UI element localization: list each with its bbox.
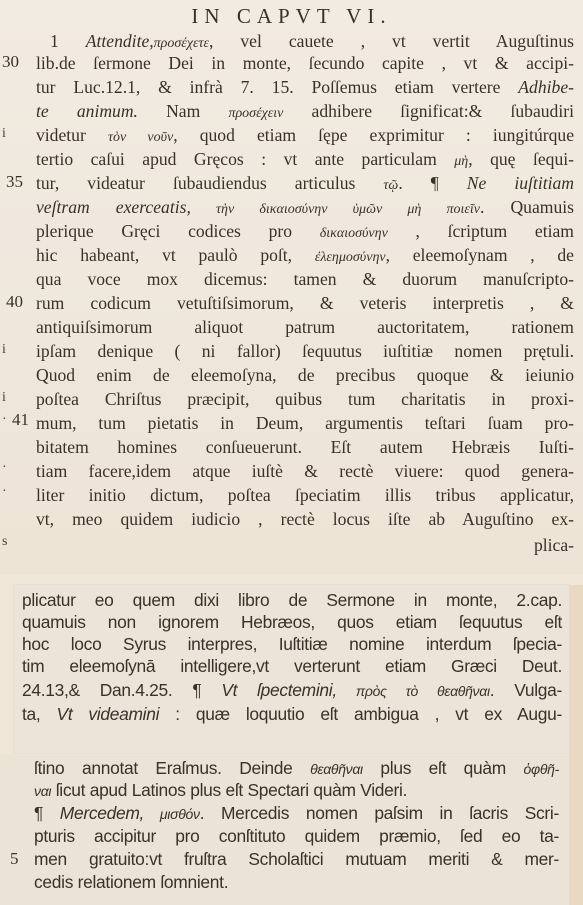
text-line: qua voce mox dicemus: tamen & duorum man… <box>36 268 574 290</box>
italic-lemma: Ne iuſtitiam <box>467 173 574 193</box>
latin-text: men gratuito:vt fruſtra Scholaſtici mutu… <box>34 849 559 869</box>
greek-text: θεαθῆναι <box>310 761 363 777</box>
text-line: tur Luc.12.1, & infrà 7. 15. Poſſemus et… <box>36 76 574 98</box>
text-line: rum codicum vetuſtiſsimorum, & veteris i… <box>36 292 574 314</box>
line-number: 41 <box>12 410 29 430</box>
greek-text: τῷ <box>383 178 398 193</box>
latin-text: , ſcriptum etiam <box>388 221 574 241</box>
text-line: ¶ Mercedem, μισθόν. Mercedis nomen paſsi… <box>34 803 559 825</box>
text-line: men gratuito:vt fruſtra Scholaſtici mutu… <box>34 849 559 870</box>
latin-text: plus eſt quàm <box>363 758 524 778</box>
greek-text: μισθόν <box>144 806 200 822</box>
text-line: hoc loco Syrus interpres, Iuſtitiæ nomin… <box>22 634 562 655</box>
text-line: pturis accipitur pro conſtituto quidem p… <box>34 826 559 847</box>
latin-text: , vel cauete , vt vertit Auguſtinus <box>209 31 574 51</box>
latin-text: ſicut apud Latinos plus eſt Spectari quà… <box>51 780 407 800</box>
text-line: Quod enim de eleemoſyna, de precibus quo… <box>36 364 574 386</box>
greek-text: ναι <box>34 783 51 799</box>
latin-text: 1 <box>50 31 86 51</box>
latin-text: ta, <box>22 704 57 724</box>
latin-text: tertio caſui apud Gręcos : vt ante parti… <box>36 149 454 169</box>
text-line: plerique Gręci codices pro δικαιοσύνην ,… <box>36 220 574 245</box>
latin-text: . Quamuis <box>480 197 574 217</box>
latin-text: hic habeant, vt paulò poſt, <box>36 245 315 265</box>
text-line: tim eleemoſynā intelligere,vt verterunt … <box>22 656 562 677</box>
latin-text: tur Luc.12.1, & infrà 7. 15. Poſſemus et… <box>36 77 518 97</box>
latin-text: bitatem homines conſueuerunt. Eſt autem … <box>36 437 574 457</box>
line-number: 30 <box>2 52 19 72</box>
line-number: 5 <box>10 849 19 869</box>
text-line: ta, Vt videamini : quæ loquutio eſt ambi… <box>22 704 562 725</box>
latin-text: mum, tum pietatis in Deum, argumentis te… <box>36 413 574 433</box>
italic-lemma: Vt ſpectemini, <box>221 680 337 700</box>
text-line: hic habeant, vt paulò poſt, ἐλεημοσύνην,… <box>36 244 574 269</box>
greek-text: τὸν νοῦν <box>108 130 173 145</box>
margin-mark: i <box>2 342 6 358</box>
text-line: quamuis non ignorem Hebræos, quos etiam … <box>22 612 562 633</box>
latin-text: ipſam denique ( ni fallor) ſequutus iuſt… <box>36 341 574 361</box>
latin-text: . Mercedis nomen paſsim in ſacris Scri- <box>200 803 559 823</box>
latin-text: liter initio dictum, poſtea ſpeciatim il… <box>36 485 574 505</box>
latin-text: : quæ loquutio eſt ambigua , vt ex Augu- <box>159 704 562 724</box>
greek-text: πρὸς τὸ θεαθῆναι <box>337 683 490 699</box>
running-header: IN CAPVT VI. <box>0 4 583 29</box>
text-line: antiquiſsimorum aliquot patrum auctorita… <box>36 316 574 338</box>
text-line: ipſam denique ( ni fallor) ſequutus iuſt… <box>36 340 574 362</box>
text-line: plicatur eo quem dixi libro de Sermone i… <box>22 590 562 611</box>
greek-text: τὴν δικαιοσύνην ὑμῶν μὴ ποιεῖν <box>191 202 480 217</box>
latin-text: ¶ <box>34 803 60 823</box>
latin-text: Quod enim de eleemoſyna, de precibus quo… <box>36 365 574 385</box>
page-edge <box>569 585 583 905</box>
text-line: te animum. Nam προσέχειν adhibere ſignif… <box>36 100 574 125</box>
italic-lemma: Mercedem, <box>60 803 144 823</box>
latin-text: adhibere ſignificat:& ſubaudiri <box>283 101 574 121</box>
text-line: plica- <box>36 534 574 556</box>
italic-lemma: veſtram exerceatis, <box>36 197 191 217</box>
italic-lemma: Adhibe- <box>518 77 574 97</box>
text-line: lib.de ſermone Dei in monte, ſecundo cap… <box>36 52 574 74</box>
greek-text: μὴ <box>454 154 468 169</box>
latin-text: videtur <box>36 125 108 145</box>
text-line: cedis relationem ſomnient. <box>34 872 559 893</box>
latin-text: plica- <box>534 535 574 555</box>
latin-text: qua voce mox dicemus: tamen & duorum man… <box>36 269 574 289</box>
latin-text: Nam <box>138 101 229 121</box>
text-line: ναι ſicut apud Latinos plus eſt Spectari… <box>34 780 559 802</box>
text-line: poſtea Chriſtus præcipit, quibus tum cha… <box>36 388 574 410</box>
latin-text: cedis relationem ſomnient. <box>34 872 228 892</box>
greek-text: δικαιοσύνην <box>320 226 388 241</box>
greek-text: ἐλεημοσύνην <box>315 250 386 265</box>
latin-text: hoc loco Syrus interpres, Iuſtitiæ nomin… <box>22 634 562 654</box>
latin-text: 24.13,& Dan.4.25. ¶ <box>22 680 221 700</box>
text-line: 24.13,& Dan.4.25. ¶ Vt ſpectemini, πρὸς … <box>22 680 562 702</box>
text-line: veſtram exerceatis, τὴν δικαιοσύνην ὑμῶν… <box>36 196 574 221</box>
greek-text: ὀφθῆ- <box>524 761 559 777</box>
margin-mark: i <box>2 126 6 142</box>
latin-text: tim eleemoſynā intelligere,vt verterunt … <box>22 656 562 676</box>
latin-text: , quę ſequi- <box>468 149 574 169</box>
latin-text: . Vulga- <box>490 680 562 700</box>
latin-text: , eleemoſynam , de <box>386 245 574 265</box>
latin-text: lib.de ſermone Dei in monte, ſecundo cap… <box>36 53 574 73</box>
margin-mark: s <box>2 534 7 550</box>
italic-lemma: Attendite, <box>86 31 154 51</box>
book-page: IN CAPVT VI. 1 Attendite,προσέχετε, vel … <box>0 0 583 905</box>
latin-text: rum codicum vetuſtiſsimorum, & veteris i… <box>36 293 574 313</box>
text-line: bitatem homines conſueuerunt. Eſt autem … <box>36 436 574 458</box>
latin-text: pturis accipitur pro conſtituto quidem p… <box>34 826 559 846</box>
greek-text: προσέχετε <box>154 36 209 51</box>
text-line: ſtino annotat Eraſmus. Deinde θεαθῆναι p… <box>34 758 559 780</box>
italic-lemma: Vt videamini <box>57 704 160 724</box>
latin-text: tur, videatur ſubaudiendus articulus <box>36 173 383 193</box>
latin-text: plicatur eo quem dixi libro de Sermone i… <box>22 590 562 610</box>
text-line: tiam facere,idem atque iuſtè & rectè viu… <box>36 460 574 482</box>
latin-text: vt, meo quidem iudicio , rectè locus iſt… <box>36 509 574 529</box>
text-line: mum, tum pietatis in Deum, argumentis te… <box>36 412 574 434</box>
latin-text: tiam facere,idem atque iuſtè & rectè viu… <box>36 461 574 481</box>
margin-mark: · <box>2 460 7 476</box>
text-line: tertio caſui apud Gręcos : vt ante parti… <box>36 148 574 173</box>
text-line: tur, videatur ſubaudiendus articulus τῷ.… <box>36 172 574 197</box>
latin-text: quamuis non ignorem Hebræos, quos etiam … <box>22 612 562 632</box>
margin-mark: · <box>2 484 7 500</box>
latin-text: poſtea Chriſtus præcipit, quibus tum cha… <box>36 389 574 409</box>
text-line: liter initio dictum, poſtea ſpeciatim il… <box>36 484 574 506</box>
italic-lemma: te animum. <box>36 101 138 121</box>
latin-text: . ¶ <box>398 173 466 193</box>
latin-text: plerique Gręci codices pro <box>36 221 320 241</box>
greek-text: προσέχειν <box>228 106 283 121</box>
latin-text: antiquiſsimorum aliquot patrum auctorita… <box>36 317 574 337</box>
line-number: 40 <box>6 292 23 312</box>
text-line: videtur τὸν νοῦν, quod etiam ſępe exprim… <box>36 124 574 149</box>
text-line: vt, meo quidem iudicio , rectè locus iſt… <box>36 508 574 530</box>
latin-text: , quod etiam ſępe exprimitur : iungitúrq… <box>173 125 574 145</box>
margin-mark: i <box>2 390 6 406</box>
margin-mark: · <box>2 412 7 428</box>
latin-text: ſtino annotat Eraſmus. Deinde <box>34 758 310 778</box>
line-number: 35 <box>6 172 23 192</box>
